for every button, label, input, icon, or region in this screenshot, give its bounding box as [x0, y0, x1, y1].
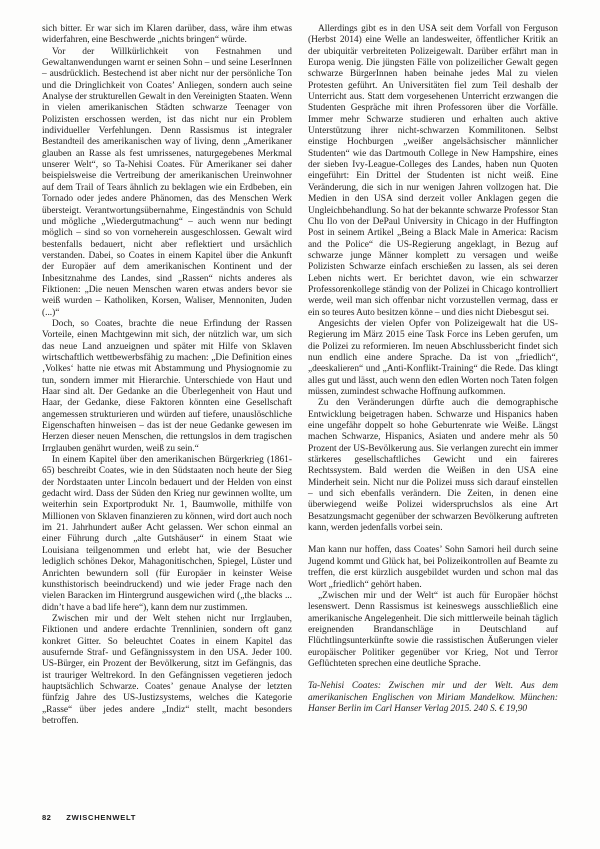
- text-column-right: Allerdings gibt es in den USA seit dem V…: [308, 24, 558, 715]
- paragraph: sich bitter. Er war sich im Klaren darüb…: [42, 24, 292, 47]
- paragraph: Vor der Willkürlichkeit von Festnahmen u…: [42, 47, 292, 319]
- paragraph: Man kann nur hoffen, dass Coates’ Sohn S…: [308, 545, 558, 590]
- paragraph: In einem Kapitel über den amerikanischen…: [42, 455, 292, 614]
- paragraph: „Zwischen mir und der Welt“ ist auch für…: [308, 591, 558, 670]
- paragraph: Zwischen mir und der Welt stehen nicht n…: [42, 614, 292, 727]
- text-column-left: sich bitter. Er war sich im Klaren darüb…: [42, 24, 292, 727]
- paragraph: Doch, so Coates, brachte die neue Erfind…: [42, 319, 292, 455]
- page-footer: 82 ZWISCHENWELT: [42, 813, 136, 822]
- paragraph: Allerdings gibt es in den USA seit dem V…: [308, 24, 558, 319]
- page-number: 82: [42, 813, 51, 822]
- magazine-title: ZWISCHENWELT: [66, 813, 136, 822]
- paragraph: Zu den Veränderungen dürfte auch die dem…: [308, 398, 558, 534]
- bibliography-reference: Ta-Nehisi Coates: Zwischen mir und der W…: [308, 681, 558, 715]
- paragraph: Angesichts der vielen Opfer von Polizeig…: [308, 319, 558, 398]
- magazine-page: sich bitter. Er war sich im Klaren darüb…: [0, 0, 600, 849]
